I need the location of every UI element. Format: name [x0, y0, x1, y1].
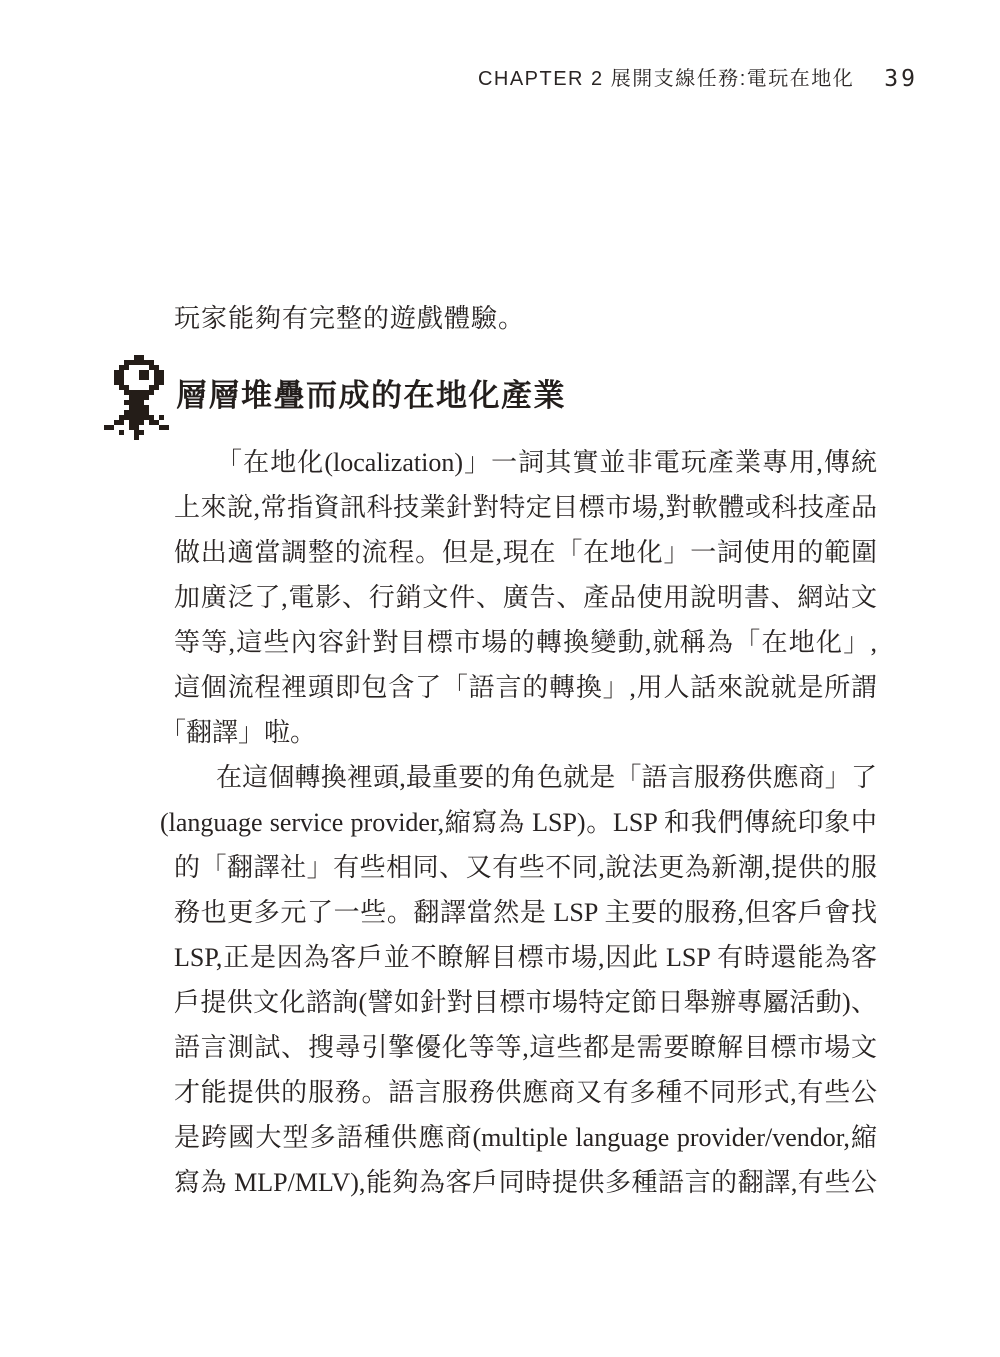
book-page: CHAPTER 2 展開支線任務:電玩在地化 39 玩家能夠有完整的遊戲體驗。 …: [0, 0, 1000, 1357]
pixel-character-pixels: [104, 355, 169, 440]
body-text: 「在地化(localization)」一詞其實並非電玩產業專用,傳統上來說,常指…: [160, 440, 877, 1205]
text-line: 這個流程裡頭即包含了「語言的轉換」,用人話來說就是所謂的: [160, 665, 877, 710]
text-line: LSP,正是因為客戶並不瞭解目標市場,因此 LSP 有時還能為客: [160, 935, 877, 980]
text-line: 在這個轉換裡頭,最重要的角色就是「語言服務供應商」了: [160, 755, 877, 800]
text-line: 寫為 MLP/MLV),能夠為客戶同時提供多種語言的翻譯,有些公: [160, 1160, 877, 1205]
text-line: 務也更多元了一些。翻譯當然是 LSP 主要的服務,但客戶會找上: [160, 890, 877, 935]
text-line: 的「翻譯社」有些相同、又有些不同,說法更為新潮,提供的服: [160, 845, 877, 890]
text-line: 語言測試、搜尋引擎優化等等,這些都是需要瞭解目標市場文化: [160, 1025, 877, 1070]
page-number: 39: [884, 66, 918, 92]
text-line: 「在地化(localization)」一詞其實並非電玩產業專用,傳統: [160, 440, 877, 485]
text-line: 戶提供文化諮詢(譬如針對目標市場特定節日舉辦專屬活動)、: [160, 980, 877, 1025]
text-line: 「翻譯」啦。: [160, 710, 877, 755]
page-header: CHAPTER 2 展開支線任務:電玩在地化 39: [478, 62, 918, 91]
text-line: 上來說,常指資訊科技業針對特定目標市場,對軟體或科技產品: [160, 485, 877, 530]
section-title: 層層堆疊而成的在地化產業: [176, 376, 566, 416]
running-head-title: CHAPTER 2 展開支線任務:電玩在地化: [478, 62, 854, 91]
previous-paragraph-last-line: 玩家能夠有完整的遊戲體驗。: [174, 296, 525, 341]
text-line: (language service provider,縮寫為 LSP)。LSP …: [160, 800, 877, 845]
pixel-character-icon: [104, 355, 174, 440]
text-line: 等等,這些內容針對目標市場的轉換變動,就稱為「在地化」,: [160, 620, 877, 665]
text-line: 是跨國大型多語種供應商(multiple language provider/v…: [160, 1115, 877, 1160]
text-line: 加廣泛了,電影、行銷文件、廣告、產品使用說明書、網站文本: [160, 575, 877, 620]
text-line: 才能提供的服務。語言服務供應商又有多種不同形式,有些公司: [160, 1070, 877, 1115]
text-line: 做出適當調整的流程。但是,現在「在地化」一詞使用的範圍更: [160, 530, 877, 575]
